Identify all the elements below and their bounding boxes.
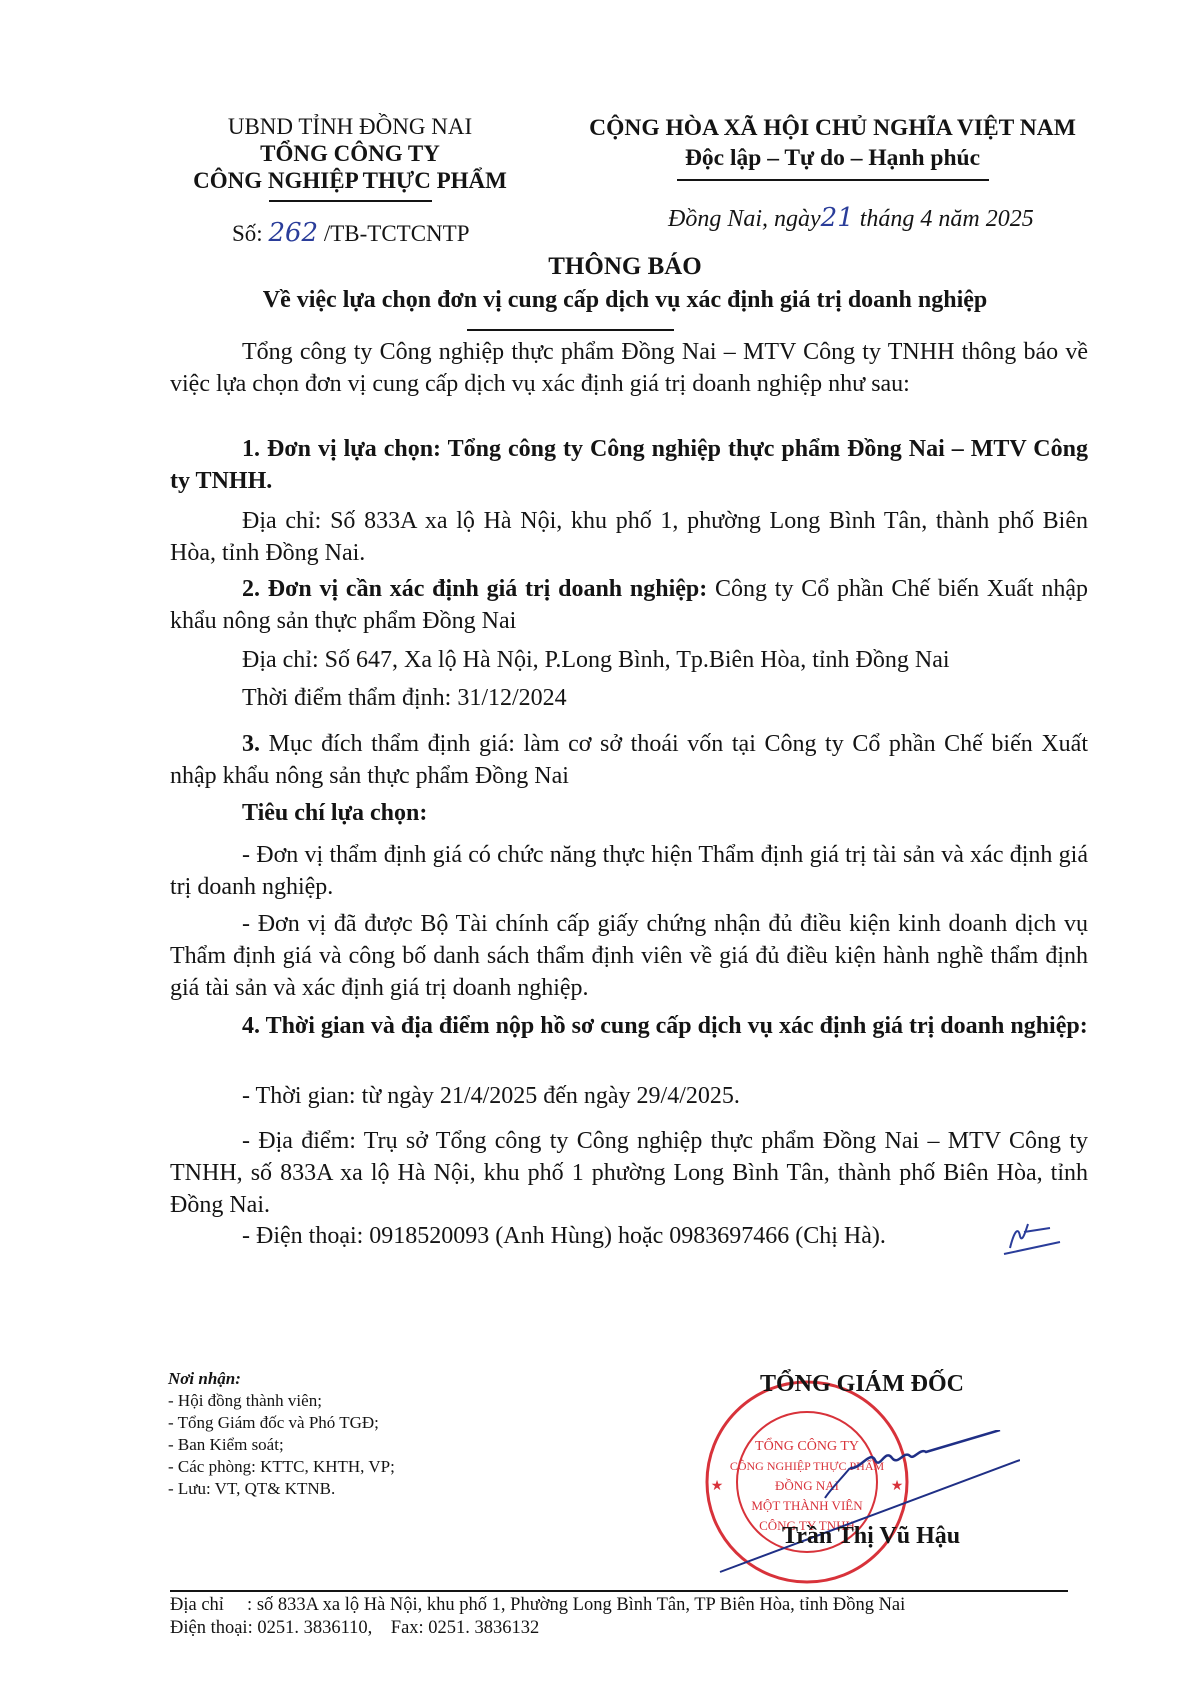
date-suffix: tháng 4 năm 2025 [860,206,1034,232]
section-2: 2. Đơn vị cần xác định giá trị doanh ngh… [170,573,1088,637]
section-3: 3. Mục đích thẩm định giá: làm cơ sở tho… [170,728,1088,792]
agency-name-line1: TỔNG CÔNG TY [165,140,535,167]
national-header-block: CỘNG HÒA XÃ HỘI CHỦ NGHĨA VIỆT NAM Độc l… [570,113,1095,181]
section-2-label: 2. Đơn vị cần xác định giá trị doanh ngh… [242,576,707,602]
issuing-agency-block: UBND TỈNH ĐỒNG NAI TỔNG CÔNG TY CÔNG NGH… [165,113,535,202]
section-4-item: - Địa điểm: Trụ sở Tổng công ty Công ngh… [170,1125,1088,1221]
criteria-item: - Đơn vị thẩm định giá có chức năng thực… [170,839,1088,903]
section-1-heading: 1. Đơn vị lựa chọn: Tổng công ty Công ng… [170,433,1088,497]
initials-mark-icon [1000,1210,1070,1260]
section-2-address: Địa chỉ: Số 647, Xa lộ Hà Nội, P.Long Bì… [170,644,1088,676]
agency-parent: UBND TỈNH ĐỒNG NAI [165,113,535,140]
document-subtitle: Về việc lựa chọn đơn vị cung cấp dịch vụ… [150,285,1100,315]
handwritten-number: 262 [268,218,318,248]
signature-icon [700,1430,1020,1580]
section-3-number: 3. [242,731,260,757]
section-4-item: - Điện thoại: 0918520093 (Anh Hùng) hoặc… [170,1220,1088,1252]
recipients-heading: Nơi nhận: [168,1368,588,1390]
handwritten-day: 21 [821,203,854,233]
recipient-item: - Lưu: VT, QT& KTNB. [168,1478,588,1500]
section-4-heading: 4. Thời gian và địa điểm nộp hồ sơ cung … [170,1010,1088,1042]
document-number: Số: 262 /TB-TCTCNTP [232,218,470,248]
number-suffix: /TB-TCTCNTP [324,221,470,246]
date-prefix: Đồng Nai, ngày [668,206,821,232]
document-title: THÔNG BÁO [150,252,1100,282]
date-line: Đồng Nai, ngày21 tháng 4 năm 2025 [668,203,1034,233]
footer-address: Địa chỉ : số 833A xa lộ Hà Nội, khu phố … [170,1594,1070,1617]
motto-underline [677,179,989,181]
section-4-item: - Thời gian: từ ngày 21/4/2025 đến ngày … [170,1080,1088,1112]
footer: Địa chỉ : số 833A xa lộ Hà Nội, khu phố … [170,1594,1070,1640]
section-3-text: Mục đích thẩm định giá: làm cơ sở thoái … [170,731,1088,789]
agency-underline [269,200,432,202]
section-1-address: Địa chỉ: Số 833A xa lộ Hà Nội, khu phố 1… [170,505,1088,569]
title-underline [467,329,674,331]
criteria-item: - Đơn vị đã được Bộ Tài chính cấp giấy c… [170,908,1088,1004]
section-2-valuation-date: Thời điểm thẩm định: 31/12/2024 [170,682,1088,714]
agency-name-line2: CÔNG NGHIỆP THỰC PHẨM [165,167,535,194]
recipient-item: - Hội đồng thành viên; [168,1390,588,1412]
recipients-block: Nơi nhận: - Hội đồng thành viên; - Tổng … [168,1368,588,1500]
number-prefix: Số: [232,221,263,246]
national-motto: Độc lập – Tự do – Hạnh phúc [570,143,1095,173]
signer-name: Trần Thị Vũ Hậu [782,1523,960,1550]
recipient-item: - Các phòng: KTTC, KHTH, VP; [168,1456,588,1478]
intro-paragraph: Tổng công ty Công nghiệp thực phẩm Đồng … [170,336,1088,400]
signer-title: TỔNG GIÁM ĐỐC [760,1371,964,1398]
recipient-item: - Tổng Giám đốc và Phó TGĐ; [168,1412,588,1434]
footer-divider [170,1590,1068,1592]
national-title: CỘNG HÒA XÃ HỘI CHỦ NGHĨA VIỆT NAM [570,113,1095,143]
recipient-item: - Ban Kiểm soát; [168,1434,588,1456]
criteria-heading: Tiêu chí lựa chọn: [170,797,1088,829]
footer-phone: Điện thoại: 0251. 3836110, Fax: 0251. 38… [170,1617,1070,1640]
